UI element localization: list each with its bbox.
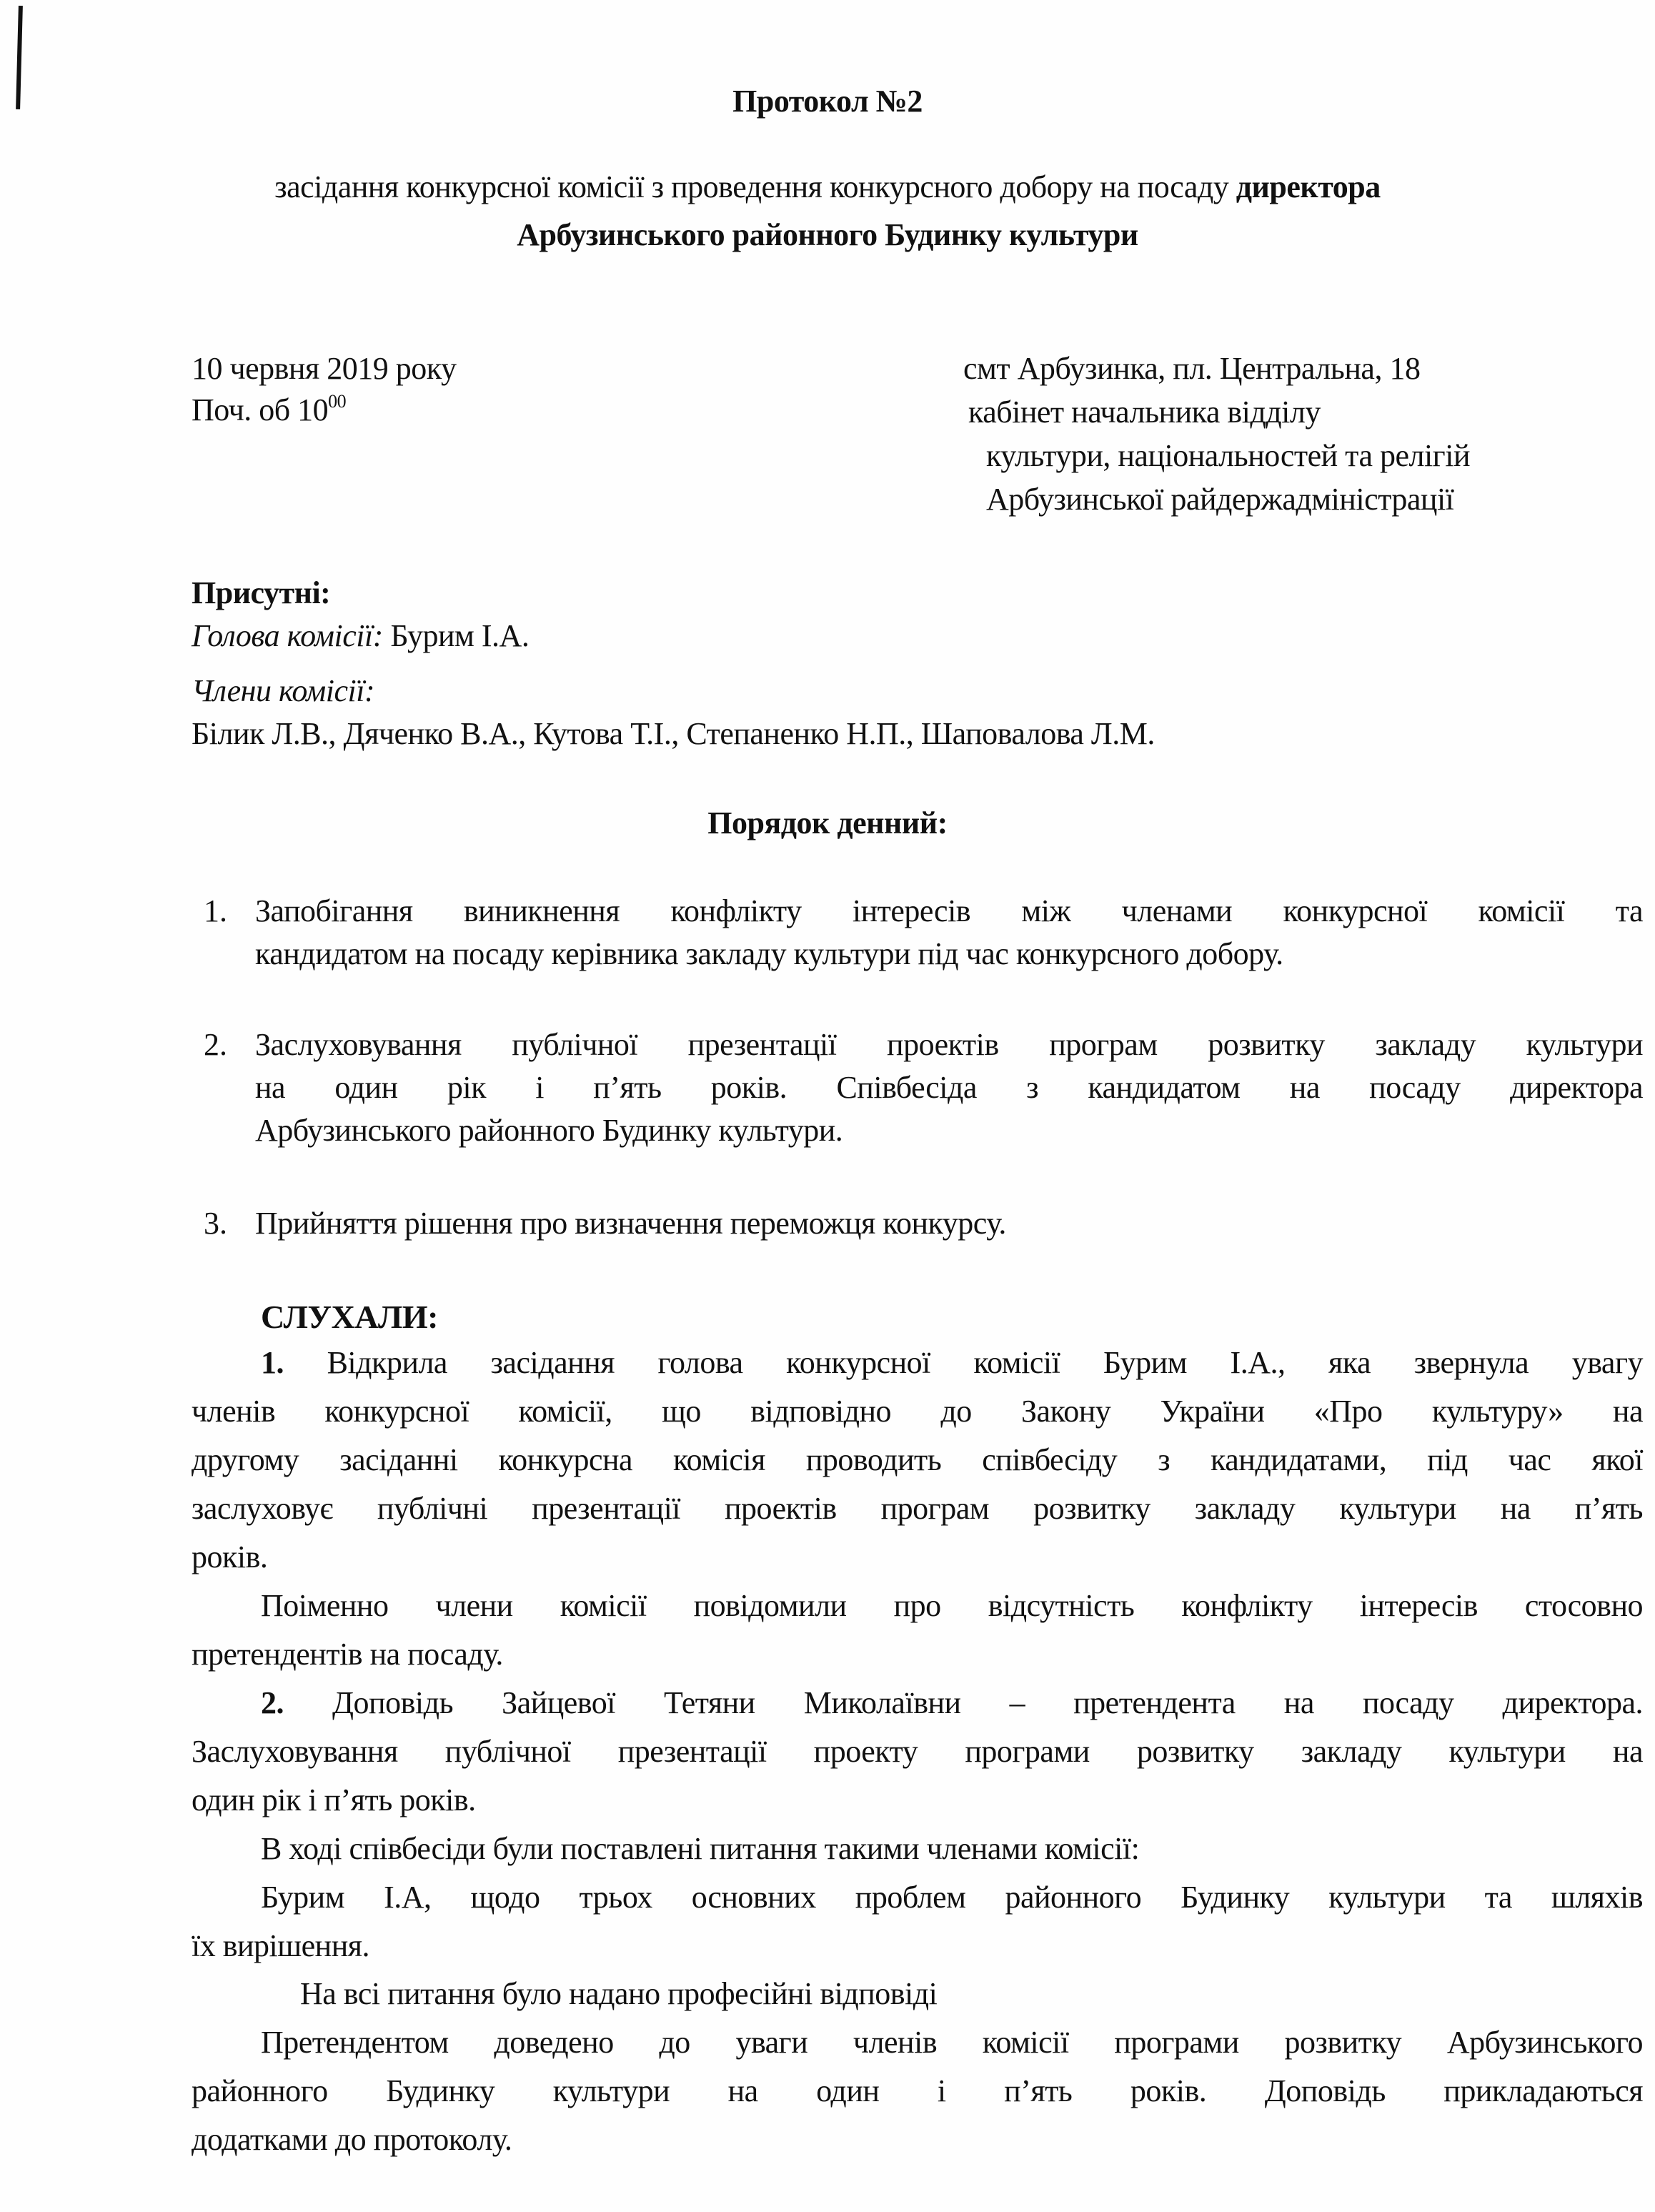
- heard-heading: СЛУХАЛИ:: [261, 1301, 438, 1334]
- address-line: кабінет начальника відділу: [968, 397, 1321, 428]
- paragraph-line: членів конкурсної комісії, що відповідно…: [192, 1396, 1643, 1427]
- document-page: Протокол №2 засідання конкурсної комісії…: [0, 0, 1655, 2212]
- paragraph-line: заслуховує публічні презентації проектів…: [192, 1493, 1643, 1524]
- paragraph-line: В ході співбесіди були поставлені питанн…: [261, 1833, 1139, 1865]
- members-list: Білик Л.В., Дяченко В.А., Кутова Т.І., С…: [192, 718, 1155, 750]
- agenda-item-line: кандидатом на посаду керівника закладу к…: [255, 938, 1283, 970]
- chair-row: Голова комісії: Бурим І.А.: [192, 620, 529, 652]
- agenda-item-line: Заслуховування публічної презентації про…: [255, 1029, 1643, 1061]
- paragraph-line: претендентів на посаду.: [192, 1639, 503, 1670]
- chair-label: Голова комісії:: [192, 618, 383, 653]
- document-title: Протокол №2: [0, 86, 1655, 117]
- address-line: культури, національностей та релігій: [986, 440, 1470, 472]
- paragraph-line: районного Будинку культури на один і п’я…: [192, 2075, 1643, 2107]
- document-subtitle-line1: засідання конкурсної комісії з проведенн…: [0, 172, 1655, 203]
- chair-name: Бурим І.А.: [383, 618, 530, 653]
- meeting-start-time: Поч. об 1000: [192, 395, 346, 426]
- agenda-item-line: на один рік і п’ять років. Співбесіда з …: [255, 1072, 1643, 1103]
- paragraph-line: додатками до протоколу.: [192, 2124, 512, 2156]
- agenda-item-line: Арбузинського районного Будинку культури…: [255, 1115, 843, 1146]
- agenda-item-number: 3.: [204, 1208, 227, 1239]
- meeting-date: 10 червня 2019 року: [192, 353, 456, 385]
- members-label: Члени комісії:: [192, 675, 374, 707]
- present-heading: Присутні:: [192, 577, 330, 609]
- address-line: смт Арбузинка, пл. Центральна, 18: [963, 353, 1420, 385]
- agenda-item-number: 1.: [204, 896, 227, 927]
- address-line: Арбузинської райдержадміністрації: [986, 484, 1453, 515]
- paragraph-number: 2.: [261, 1685, 284, 1720]
- paragraph-line: років.: [192, 1542, 267, 1573]
- agenda-item-line: Запобігання виникнення конфлікту інтерес…: [255, 896, 1643, 927]
- document-subtitle-line2: Арбузинського районного Будинку культури: [0, 219, 1655, 251]
- subtitle-bold-text: директора: [1236, 169, 1381, 204]
- paragraph-line: другому засіданні конкурсна комісія пров…: [192, 1444, 1643, 1476]
- paragraph-text: Доповідь Зайцевої Тетяни Миколаївни – пр…: [284, 1685, 1643, 1720]
- paragraph-line: На всі питання було надано професійні ві…: [300, 1978, 937, 2010]
- paragraph-line: Поіменно члени комісії повідомили про ві…: [261, 1590, 1643, 1622]
- agenda-heading: Порядок денний:: [0, 808, 1655, 839]
- start-time-label: Поч. об 10: [192, 392, 328, 427]
- start-time-minutes: 00: [328, 391, 346, 412]
- agenda-item-line: Прийняття рішення про визначення перемож…: [255, 1208, 1006, 1239]
- paragraph-line: Претендентом доведено до уваги членів ко…: [261, 2027, 1643, 2058]
- paragraph-line: Заслуховування публічної презентації про…: [192, 1736, 1643, 1767]
- paragraph-text: Відкрила засідання голова конкурсної ком…: [284, 1345, 1643, 1380]
- paragraph-line: їх вирішення.: [192, 1930, 369, 1962]
- agenda-item-number: 2.: [204, 1029, 227, 1061]
- paragraph-number: 1.: [261, 1345, 284, 1380]
- paragraph-line: один рік і п’ять років.: [192, 1785, 476, 1816]
- paragraph-line: Бурим І.А, щодо трьох основних проблем р…: [261, 1882, 1643, 1913]
- paragraph-line: 2. Доповідь Зайцевої Тетяни Миколаївни –…: [261, 1687, 1643, 1719]
- paragraph-line: 1. Відкрила засідання голова конкурсної …: [261, 1347, 1643, 1379]
- subtitle-regular-text: засідання конкурсної комісії з проведенн…: [274, 169, 1236, 204]
